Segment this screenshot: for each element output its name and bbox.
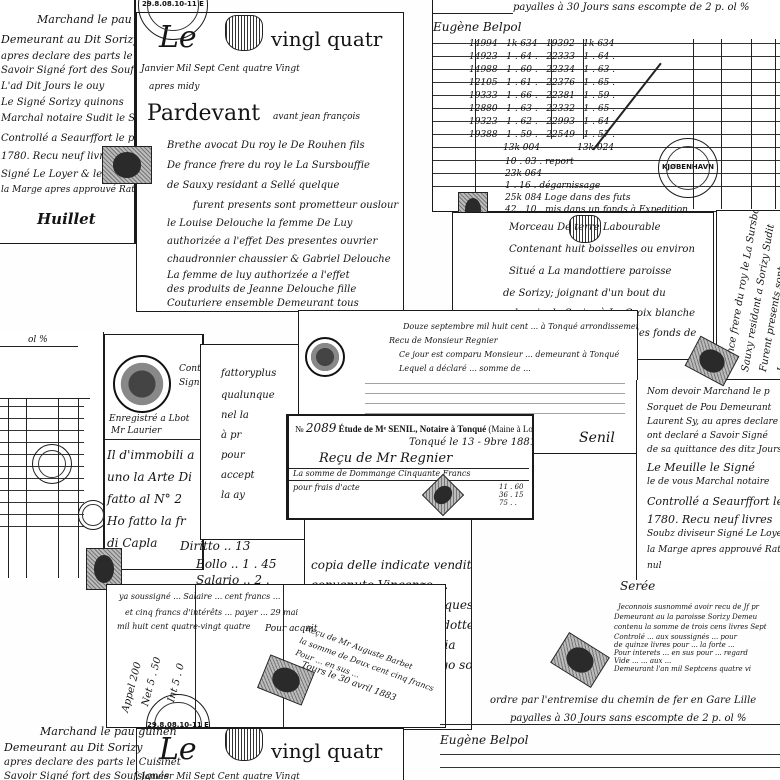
ledger-row: 12105 1 . 61 . 22376 1 . 65 . (469, 78, 615, 88)
postage-stamp-icon (102, 146, 152, 184)
deed-line: La femme de luy authorizée a l'effet (167, 271, 350, 281)
crest-icon (225, 15, 263, 51)
deed-line: de Sorizy; joignant d'un bout du (503, 289, 666, 299)
french-receipt: Serée Jeconnois susnommé avoir recu de J… (608, 580, 780, 690)
letter-line: Le Signé Sorizy quinons (1, 98, 124, 108)
ephemera-pattern: Marchand le pau guinen Demeurant au Dit … (0, 0, 780, 780)
ledger-subtotal: 10 . 03 . report (505, 157, 574, 167)
letter-line: apres declare des parts le Cuisinet (1, 52, 136, 62)
seal-deed: Contrôlé Signé Enregistré a Lbot Mr Laur… (104, 334, 204, 570)
letter-left: Marchand le pau guinen Demeurant au Dit … (0, 0, 136, 244)
letter-line: L'ad Dit Jours le ouy (1, 82, 104, 92)
deed-line: chaudronnier chaussier & Gabriel Delouch… (167, 255, 391, 265)
ledger-name-repeat: Eugène Belpol (440, 734, 528, 746)
postage-stamp-icon (550, 632, 610, 688)
ledger-footer: ordre par l'entremise du chemin de fer e… (490, 696, 756, 706)
deed-pardevant: Le vingl quatr Janvier Mil Sept Cent qua… (136, 12, 404, 312)
ledger-row: 19333 1 . 66 . 22381 1 . 59 . (469, 91, 615, 101)
royal-seal-icon (113, 355, 171, 413)
deed-line: Morceau De terre Labourable (509, 223, 661, 233)
deed-title: Pardevant (147, 103, 260, 125)
fee-line: Diritto .. 13 (180, 540, 250, 552)
ledger-subtotal: 23k 064 (505, 169, 542, 179)
ledger-row: 19323 1 . 62 . 22993 1 . 64 . (469, 117, 615, 127)
fee-line: Bollo .. 1 . 45 (196, 558, 277, 570)
signature: Huillet (37, 212, 96, 227)
deed-line: Brethe avocat Du roy le De Rouhen fils (167, 141, 365, 151)
ledger-subtotal: 42 . 10 . mis dans un fonds à Expedition (505, 205, 688, 212)
letter-left-repeat: Marchand le pau guinen Demeurant au Dit … (0, 718, 136, 780)
deed-line: furent presents sont prometteur ouslour (193, 201, 398, 211)
ledger-subtotal: 1 . 16 . dégarnissage (505, 181, 600, 191)
letter-line: la Marge apres approuvé Rature tout null… (1, 186, 136, 195)
letter-line: Marchand le pau guinen (37, 14, 136, 25)
deed-line: des produits de Jeanne Delouche fille (167, 285, 356, 295)
ledger-row: 12880 1 . 63 . 22332 1 . 65 . (469, 104, 615, 114)
signature: Serée (620, 580, 655, 592)
letter-line: Savoir Signé fort des Soufsignés (1, 66, 136, 76)
deed-line: le Louise Delouche la femme De Luy (167, 219, 352, 229)
ledger-top: payalles à 30 Jours sans escompte de 2 p… (432, 0, 780, 212)
ledger-header: payalles à 30 Jours sans escompte de 2 p… (513, 3, 749, 13)
notary-receipt: № 2089 Étude de Mᵉ SENIL, Notaire à Tonq… (286, 414, 534, 520)
ledger-row: 14994 1k 634 19392 1k 634 (469, 39, 615, 49)
postmark-icon (32, 444, 72, 484)
ledger-grid-repeat (440, 752, 780, 780)
deed-line: De france frere du roy le La Sursbouffie (167, 161, 370, 171)
postmark-icon: KJØBENHAVN (658, 138, 718, 198)
notary-seal-icon (305, 337, 345, 377)
heading-printed: vingl quatr (271, 29, 382, 49)
letter-right: Nom devoir Marchand le p Sorquet de Pou … (636, 380, 780, 580)
letter-line: Marchal notaire Sudit le Soufsigné (1, 114, 136, 124)
ledger-row: 14923 1 . 64 . 22333 1 . 64 . (469, 52, 615, 62)
letter-line: Controllé a Seaurffort le premier fevrie… (1, 134, 136, 144)
deed-line: apres midy (149, 83, 200, 92)
deed-line: Situé a La mandottiere paroisse (509, 267, 671, 277)
deed-line: authorizée a l'effet Des presentes ouvri… (167, 237, 377, 247)
letter-line: Demeurant au Dit Sorizy (1, 34, 136, 45)
deed-line: Couturiere ensemble Demeurant tous (167, 299, 359, 309)
signature: Senil (579, 431, 615, 445)
deed-line: avant jean françois (273, 113, 360, 122)
deed-line: Contenant huit boisselles ou environ (509, 245, 695, 255)
ledger-row: 14988 1 . 60 . 22334 1 . 63 . (469, 65, 615, 75)
receipt-header: № 2089 Étude de Mᵉ SENIL, Notaire à Tonq… (295, 422, 534, 434)
ledger-subtotal: 25k 084 Loge dans des futs (505, 193, 630, 203)
ledger-header-repeat: payalles à 30 Jours sans escompte de 2 p… (510, 714, 746, 724)
letter-line: Signé Le Loyer & le fa (1, 170, 115, 180)
ledger-name: Eugène Belpol (433, 21, 521, 33)
deed-line: Janvier Mil Sept Cent quatre Vingt (141, 65, 300, 74)
deed-line: de Sauxy residant a Sellé quelque (167, 181, 339, 191)
crest-icon (225, 728, 263, 761)
ledger-row: 19388 1 . 59 . 22549 1 . 57 . (469, 130, 615, 140)
